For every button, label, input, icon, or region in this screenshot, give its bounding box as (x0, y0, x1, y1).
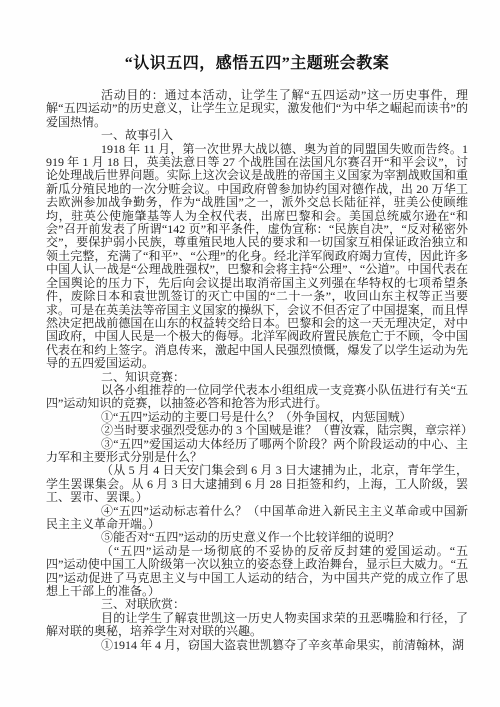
heading-story-intro: 一、故事引入 (46, 129, 468, 142)
paragraph-couplet-item-1: ①1914 年 4 月，窃国大盗袁世凯篡夺了辛亥革命果实，前清翰林，湖 (46, 639, 468, 652)
document-page: “认识五四，感悟五四”主题班会教案 活动目的：通过本活动，让学生了解“五四运动”… (0, 0, 500, 707)
page-title: “认识五四，感悟五四”主题班会教案 (46, 50, 468, 73)
heading-couplet-appreciation: 三、对联欣赏： (46, 598, 468, 611)
paragraph-couplet-purpose: 目的让学生了解袁世凯这一历史人物卖国求荣的丑恶嘴脸和行径，了解对联的奥秘，培养学… (46, 612, 468, 639)
heading-knowledge-quiz: 二、知识竞赛： (46, 371, 468, 384)
quiz-answer-3: （从 5 月 4 日天安门集会到 6 月 3 日大逮捕为止，北京，青年学生，学生… (46, 464, 468, 504)
quiz-question-2: ②当时要求强烈受惩办的 3 个国贼是谁？（曹汝霖，陆宗舆，章宗祥） (46, 424, 468, 437)
quiz-answer-5: （“五四”运动是一场彻底的不妥协的反帝反封建的爱国运动。“五四”运动使中国工人阶… (46, 545, 468, 599)
quiz-question-4: ④“五四”运动标志着什么？（中国革命进入新民主主义革命或中国新民主主义革命开端。… (46, 505, 468, 532)
document-body: 活动目的：通过本活动，让学生了解“五四运动”这一历史事件，理解“五四运动”的历史… (46, 89, 468, 652)
quiz-question-3: ③“五四”爱国运动大体经历了哪两个阶段？两个阶段运动的中心、主力军和主要形式分别… (46, 438, 468, 465)
paragraph-quiz-rules: 以各小组推荐的一位同学代表本小组组成一支竞赛小队伍进行有关“五四”运动知识的竞赛… (46, 384, 468, 411)
paragraph-activity-purpose: 活动目的：通过本活动，让学生了解“五四运动”这一历史事件，理解“五四运动”的历史… (46, 89, 468, 129)
quiz-question-5: ⑤能否对“五四”运动的历史意义作一个比较详细的说明？ (46, 531, 468, 544)
paragraph-story-background: 1918 年 11 月，第一次世界大战以德、奥为首的同盟国失败而告终。1919 … (46, 143, 468, 371)
